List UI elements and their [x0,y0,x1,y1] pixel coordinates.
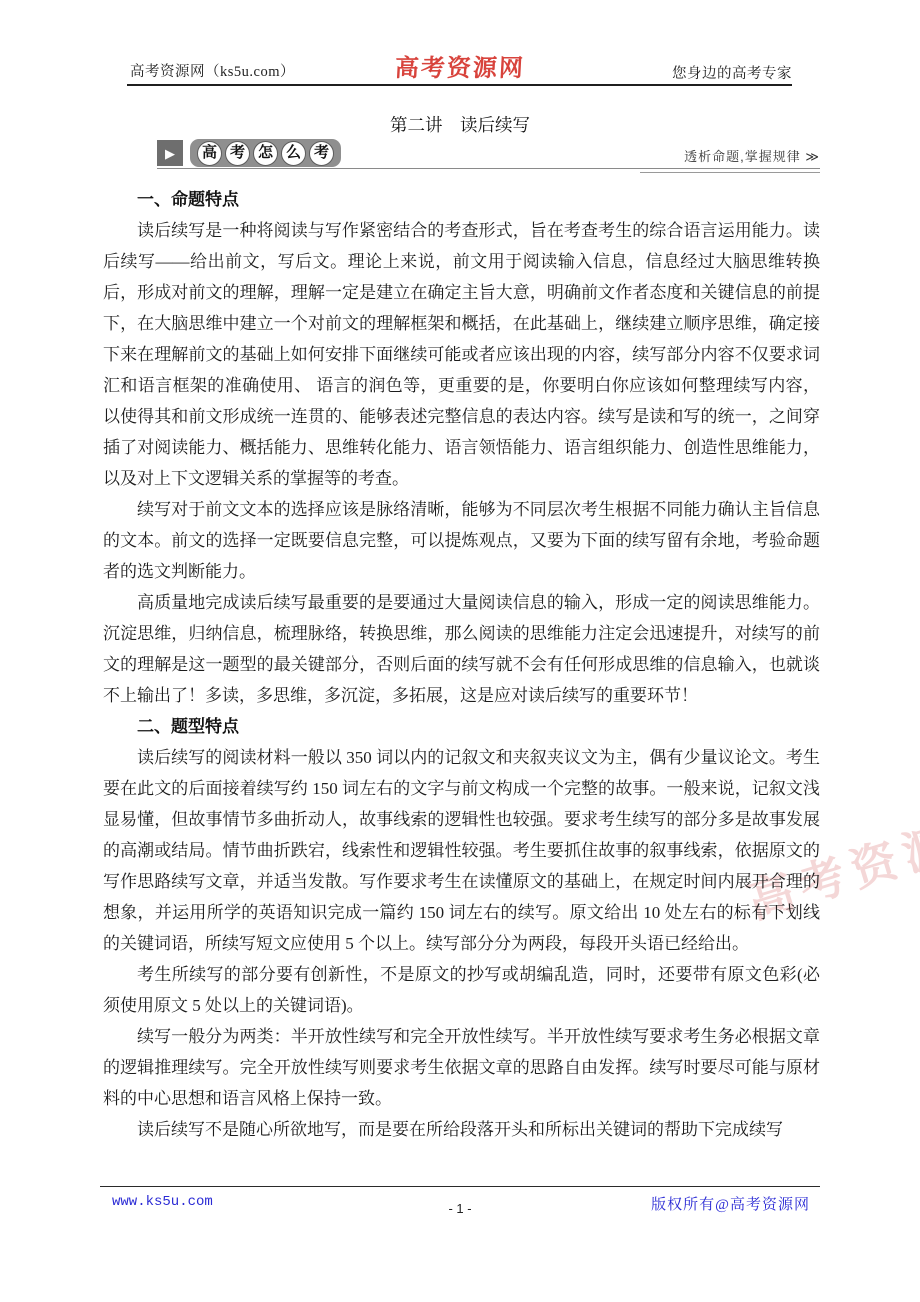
footer-divider [100,1186,820,1187]
paragraph: 读后续写的阅读材料一般以 350 词以内的记叙文和夹叙夹议文为主，偶有少量议论文… [103,742,820,959]
banner-char: 考 [309,141,334,166]
section-banner: ▶ 高 考 怎 么 考 透析命题,掌握规律 ≫ [157,139,820,169]
paragraph: 考生所续写的部分要有创新性，不是原文的抄写或胡编乱造，同时，还要带有原文色彩(必… [103,959,820,1021]
paragraph: 高质量地完成读后续写最重要的是要通过大量阅读信息的输入，形成一定的阅读思维能力。… [103,587,820,711]
paragraph: 续写对于前文文本的选择应该是脉络清晰，能够为不同层次考生根据不同能力确认主旨信息… [103,494,820,587]
paragraph: 续写一般分为两类：半开放性续写和完全开放性续写。半开放性续写要求考生务必根据文章… [103,1021,820,1114]
banner-char: 怎 [253,141,278,166]
document-body: 一、命题特点 读后续写是一种将阅读与写作紧密结合的考查形式，旨在考查考生的综合语… [103,184,820,1145]
section-heading-1: 一、命题特点 [103,184,820,215]
banner-char: 么 [281,141,306,166]
banner-tagline: 透析命题,掌握规律 ≫ [684,146,820,165]
page-title: 第二讲 读后续写 [0,112,920,137]
footer-copyright-link[interactable]: 版权所有@高考资源网 [651,1193,810,1214]
header-slogan: 您身边的高考专家 [672,62,792,83]
document-page: 高考资源网 高考资源网（ks5u.com） 高考资源网 您身边的高考专家 第二讲… [0,0,920,1302]
banner-divider-secondary [640,172,820,173]
paragraph: 读后续写是一种将阅读与写作紧密结合的考查形式，旨在考查考生的综合语言运用能力。读… [103,215,820,494]
banner-char: 考 [225,141,250,166]
section-heading-2: 二、题型特点 [103,711,820,742]
banner-char: 高 [197,141,222,166]
header-divider [127,84,792,86]
banner-divider [157,168,820,169]
paragraph: 读后续写不是随心所欲地写，而是要在所给段落开头和所标出关键词的帮助下完成续写 [103,1114,820,1145]
banner-arrow-icon: ▶ [157,140,183,166]
banner-badge: 高 考 怎 么 考 [190,139,341,167]
